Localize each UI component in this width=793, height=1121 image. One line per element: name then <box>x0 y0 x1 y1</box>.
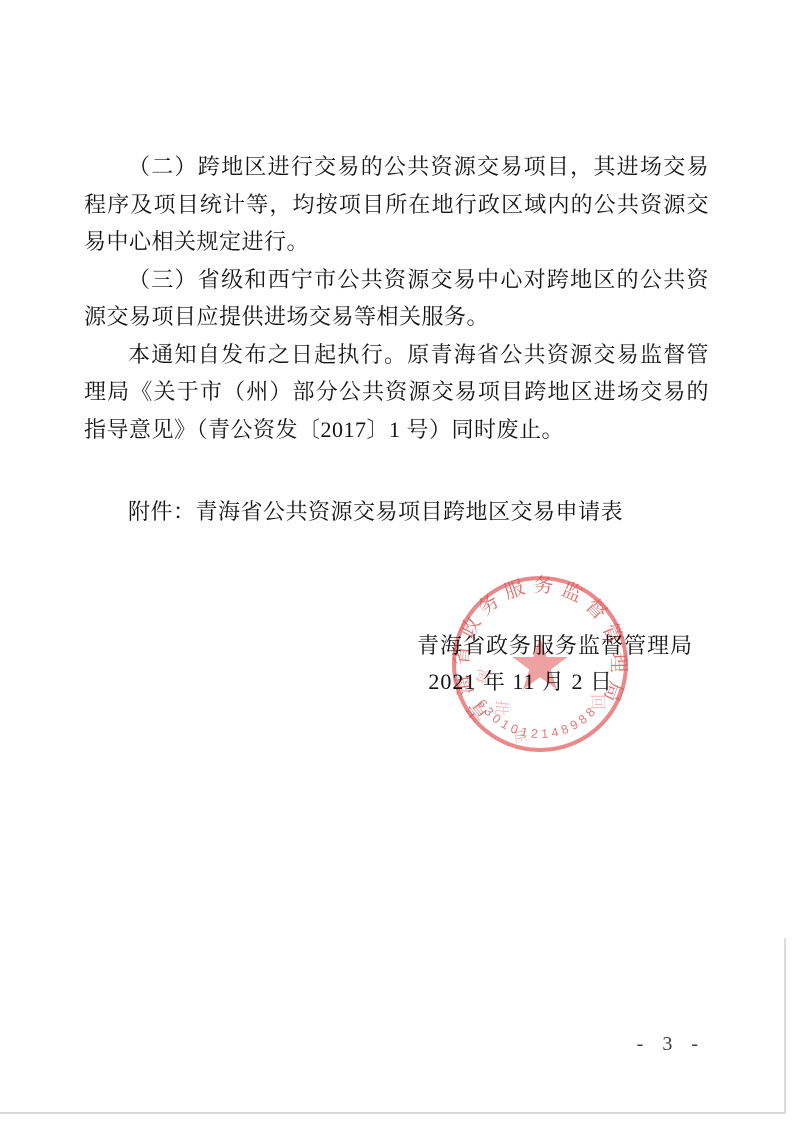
attachment-line: 附件：青海省公共资源交易项目跨地区交易申请表 <box>84 493 709 531</box>
body-paragraph-2: （三）省级和西宁市公共资源交易中心对跨地区的公共资源交易项目应提供进场交易等相关… <box>84 261 709 336</box>
signature-date: 2021 年 11 月 2 日 <box>84 664 709 700</box>
document-body: （二）跨地区进行交易的公共资源交易项目，其进场交易程序及项目统计等，均按项目所在… <box>84 148 709 531</box>
scan-edge-right <box>784 938 786 1114</box>
body-paragraph-3: 本通知自发布之日起执行。原青海省公共资源交易监督管理局《关于市（州）部分公共资源… <box>84 336 709 449</box>
signature-block: 青海省政务服务监督管理局 2021 年 11 月 2 日 <box>84 627 709 700</box>
body-paragraph-1: （二）跨地区进行交易的公共资源交易项目，其进场交易程序及项目统计等，均按项目所在… <box>84 148 709 261</box>
signature-agency: 青海省政务服务监督管理局 <box>84 627 709 664</box>
document-page: （二）跨地区进行交易的公共资源交易项目，其进场交易程序及项目统计等，均按项目所在… <box>0 0 793 1121</box>
page-number: - 3 - <box>637 1033 705 1056</box>
scan-edge-bottom <box>0 1112 786 1114</box>
seal-faint-mark: 批 <box>492 700 510 716</box>
svg-text:6301012148988: 6301012148988 <box>475 697 598 741</box>
seal-code: 6301012148988 <box>475 697 598 741</box>
seal-faint-mark: 证 <box>510 728 528 745</box>
